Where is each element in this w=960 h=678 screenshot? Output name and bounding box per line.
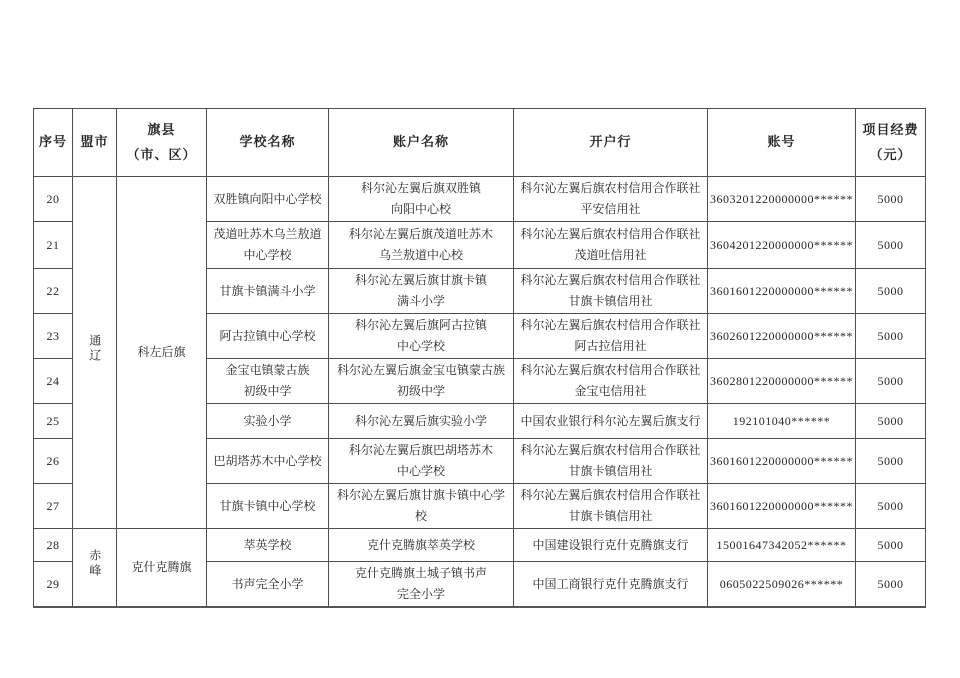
banner-county-cell-text: 科左后旗 bbox=[137, 345, 185, 359]
account-name-cell-text: 科尔沁左翼后旗甘旗卡镇中心学 校 bbox=[337, 488, 505, 523]
seq-cell: 26 bbox=[34, 439, 73, 484]
funds-cell: 5000 bbox=[856, 404, 926, 439]
seq-cell: 27 bbox=[34, 484, 73, 529]
account-number-cell-text: 3601601220000000****** bbox=[710, 454, 853, 468]
bank-cell: 科尔沁左翼后旗农村信用合作联社 甘旗卡镇信用社 bbox=[514, 269, 708, 314]
bank-cell: 中国建设银行克什克腾旗支行 bbox=[514, 529, 708, 562]
col-header-funds: 项目经费 （元） bbox=[856, 109, 926, 177]
bank-cell: 科尔沁左翼后旗农村信用合作联社 甘旗卡镇信用社 bbox=[514, 484, 708, 529]
seq-cell: 25 bbox=[34, 404, 73, 439]
document-page: 序号 盟市 旗县 （市、区） 学校名称 账户名称 开户行 账号 项目经费 （元）… bbox=[0, 0, 960, 678]
school-name-cell: 甘旗卡镇中心学校 bbox=[207, 484, 329, 529]
funds-cell-text: 5000 bbox=[878, 577, 904, 591]
funds-cell: 5000 bbox=[856, 269, 926, 314]
account-name-cell-text: 科尔沁左翼后旗实验小学 bbox=[355, 414, 487, 428]
funds-cell-text: 5000 bbox=[878, 238, 904, 252]
funds-cell-text: 5000 bbox=[878, 414, 904, 428]
funds-cell-text: 5000 bbox=[878, 329, 904, 343]
school-name-cell-text: 甘旗卡镇满斗小学 bbox=[219, 284, 315, 298]
school-name-cell: 茂道吐苏木乌兰敖道 中心学校 bbox=[207, 222, 329, 269]
account-number-cell-text: 3602601220000000****** bbox=[710, 329, 853, 343]
bank-cell-text: 科尔沁左翼后旗农村信用合作联社 甘旗卡镇信用社 bbox=[520, 488, 700, 523]
league-city-cell: 赤峰 bbox=[73, 529, 117, 608]
seq-cell: 29 bbox=[34, 562, 73, 608]
school-name-cell: 巴胡塔苏木中心学校 bbox=[207, 439, 329, 484]
seq-cell: 24 bbox=[34, 359, 73, 404]
col-header-county: 旗县 （市、区） bbox=[117, 109, 207, 177]
account-name-cell: 科尔沁左翼后旗实验小学 bbox=[329, 404, 514, 439]
seq-cell-text: 20 bbox=[47, 192, 60, 206]
school-name-cell: 阿古拉镇中心学校 bbox=[207, 314, 329, 359]
bank-cell-text: 中国工商银行克什克腾旗支行 bbox=[532, 577, 688, 591]
seq-cell: 22 bbox=[34, 269, 73, 314]
account-number-cell: 3601601220000000****** bbox=[708, 439, 856, 484]
school-name-cell-text: 书声完全小学 bbox=[231, 577, 303, 591]
account-name-cell: 克什克腾旗土城子镇书声 完全小学 bbox=[329, 562, 514, 608]
seq-cell-text: 25 bbox=[47, 414, 60, 428]
school-name-cell-text: 双胜镇向阳中心学校 bbox=[213, 192, 321, 206]
bank-cell-text: 科尔沁左翼后旗农村信用合作联社 平安信用社 bbox=[520, 181, 700, 216]
funds-cell: 5000 bbox=[856, 177, 926, 222]
account-number-cell: 3602801220000000****** bbox=[708, 359, 856, 404]
school-name-cell: 双胜镇向阳中心学校 bbox=[207, 177, 329, 222]
funds-cell-text: 5000 bbox=[878, 374, 904, 388]
col-header-account-name: 账户名称 bbox=[329, 109, 514, 177]
account-name-cell: 科尔沁左翼后旗金宝屯镇蒙古族 初级中学 bbox=[329, 359, 514, 404]
bank-cell-text: 科尔沁左翼后旗农村信用合作联社 阿古拉信用社 bbox=[520, 318, 700, 353]
account-number-cell: 3601601220000000****** bbox=[708, 484, 856, 529]
col-header-account-no: 账号 bbox=[708, 109, 856, 177]
bank-cell: 中国工商银行克什克腾旗支行 bbox=[514, 562, 708, 608]
table-row: 20通辽科左后旗双胜镇向阳中心学校科尔沁左翼后旗双胜镇 向阳中心校科尔沁左翼后旗… bbox=[34, 177, 926, 222]
account-number-cell: 15001647342052****** bbox=[708, 529, 856, 562]
account-name-cell: 科尔沁左翼后旗双胜镇 向阳中心校 bbox=[329, 177, 514, 222]
account-name-cell: 科尔沁左翼后旗巴胡塔苏木 中心学校 bbox=[329, 439, 514, 484]
funds-cell: 5000 bbox=[856, 562, 926, 608]
bank-cell: 中国农业银行科尔沁左翼后旗支行 bbox=[514, 404, 708, 439]
funds-cell-text: 5000 bbox=[878, 192, 904, 206]
account-number-cell-text: 3602801220000000****** bbox=[710, 374, 853, 388]
school-name-cell-text: 茂道吐苏木乌兰敖道 中心学校 bbox=[213, 227, 321, 262]
seq-cell-text: 22 bbox=[47, 284, 60, 298]
account-name-cell-text: 科尔沁左翼后旗阿古拉镇 中心学校 bbox=[355, 318, 487, 353]
account-name-cell-text: 科尔沁左翼后旗茂道吐苏木 乌兰敖道中心校 bbox=[349, 227, 493, 262]
account-number-cell: 3602601220000000****** bbox=[708, 314, 856, 359]
banner-county-cell: 克什克腾旗 bbox=[117, 529, 207, 608]
league-city-cell-text: 赤峰 bbox=[87, 549, 101, 579]
account-number-cell-text: 3601601220000000****** bbox=[710, 284, 853, 298]
funds-cell: 5000 bbox=[856, 439, 926, 484]
bank-cell: 科尔沁左翼后旗农村信用合作联社 阿古拉信用社 bbox=[514, 314, 708, 359]
school-name-cell: 甘旗卡镇满斗小学 bbox=[207, 269, 329, 314]
seq-cell-text: 28 bbox=[47, 538, 60, 552]
school-name-cell: 金宝屯镇蒙古族 初级中学 bbox=[207, 359, 329, 404]
account-number-cell: 3601601220000000****** bbox=[708, 269, 856, 314]
seq-cell-text: 29 bbox=[47, 577, 60, 591]
seq-cell-text: 21 bbox=[47, 238, 60, 252]
account-name-cell: 科尔沁左翼后旗茂道吐苏木 乌兰敖道中心校 bbox=[329, 222, 514, 269]
school-name-cell-text: 实验小学 bbox=[243, 414, 291, 428]
bank-cell-text: 科尔沁左翼后旗农村信用合作联社 茂道吐信用社 bbox=[520, 227, 700, 262]
funding-table: 序号 盟市 旗县 （市、区） 学校名称 账户名称 开户行 账号 项目经费 （元）… bbox=[33, 108, 926, 608]
header-row: 序号 盟市 旗县 （市、区） 学校名称 账户名称 开户行 账号 项目经费 （元） bbox=[34, 109, 926, 177]
bank-cell: 科尔沁左翼后旗农村信用合作联社 金宝屯信用社 bbox=[514, 359, 708, 404]
account-number-cell-text: 3604201220000000****** bbox=[710, 238, 853, 252]
banner-county-cell-text: 克什克腾旗 bbox=[131, 560, 191, 574]
table-row: 28赤峰克什克腾旗萃英学校克什克腾旗萃英学校中国建设银行克什克腾旗支行15001… bbox=[34, 529, 926, 562]
seq-cell-text: 24 bbox=[47, 374, 60, 388]
banner-county-cell: 科左后旗 bbox=[117, 177, 207, 529]
school-name-cell: 实验小学 bbox=[207, 404, 329, 439]
account-number-cell-text: 192101040****** bbox=[733, 414, 831, 428]
bank-cell: 科尔沁左翼后旗农村信用合作联社 甘旗卡镇信用社 bbox=[514, 439, 708, 484]
seq-cell-text: 23 bbox=[47, 329, 60, 343]
seq-cell-text: 26 bbox=[47, 454, 60, 468]
account-name-cell-text: 科尔沁左翼后旗双胜镇 向阳中心校 bbox=[361, 181, 481, 216]
bank-cell-text: 科尔沁左翼后旗农村信用合作联社 甘旗卡镇信用社 bbox=[520, 273, 700, 308]
account-number-cell: 0605022509026****** bbox=[708, 562, 856, 608]
school-name-cell: 萃英学校 bbox=[207, 529, 329, 562]
school-name-cell-text: 甘旗卡镇中心学校 bbox=[219, 499, 315, 513]
bank-cell-text: 科尔沁左翼后旗农村信用合作联社 甘旗卡镇信用社 bbox=[520, 443, 700, 478]
school-name-cell-text: 萃英学校 bbox=[243, 538, 291, 552]
account-number-cell: 3603201220000000****** bbox=[708, 177, 856, 222]
funds-cell: 5000 bbox=[856, 529, 926, 562]
league-city-cell: 通辽 bbox=[73, 177, 117, 529]
col-header-seq: 序号 bbox=[34, 109, 73, 177]
account-name-cell-text: 科尔沁左翼后旗巴胡塔苏木 中心学校 bbox=[349, 443, 493, 478]
account-name-cell-text: 克什克腾旗土城子镇书声 完全小学 bbox=[355, 566, 487, 601]
bank-cell-text: 中国农业银行科尔沁左翼后旗支行 bbox=[520, 414, 700, 428]
account-name-cell: 科尔沁左翼后旗甘旗卡镇 满斗小学 bbox=[329, 269, 514, 314]
school-name-cell-text: 金宝屯镇蒙古族 初级中学 bbox=[225, 363, 309, 398]
league-city-cell-text: 通辽 bbox=[87, 334, 101, 364]
account-name-cell: 克什克腾旗萃英学校 bbox=[329, 529, 514, 562]
account-name-cell-text: 科尔沁左翼后旗金宝屯镇蒙古族 初级中学 bbox=[337, 363, 505, 398]
school-name-cell-text: 巴胡塔苏木中心学校 bbox=[213, 454, 321, 468]
account-number-cell-text: 3603201220000000****** bbox=[710, 192, 853, 206]
bank-cell-text: 科尔沁左翼后旗农村信用合作联社 金宝屯信用社 bbox=[520, 363, 700, 398]
account-name-cell-text: 科尔沁左翼后旗甘旗卡镇 满斗小学 bbox=[355, 273, 487, 308]
col-header-league: 盟市 bbox=[73, 109, 117, 177]
account-number-cell-text: 3601601220000000****** bbox=[710, 499, 853, 513]
col-header-school: 学校名称 bbox=[207, 109, 329, 177]
school-name-cell-text: 阿古拉镇中心学校 bbox=[219, 329, 315, 343]
account-name-cell: 科尔沁左翼后旗甘旗卡镇中心学 校 bbox=[329, 484, 514, 529]
funds-cell-text: 5000 bbox=[878, 499, 904, 513]
seq-cell-text: 27 bbox=[47, 499, 60, 513]
seq-cell: 28 bbox=[34, 529, 73, 562]
seq-cell: 23 bbox=[34, 314, 73, 359]
funds-cell: 5000 bbox=[856, 359, 926, 404]
seq-cell: 20 bbox=[34, 177, 73, 222]
account-number-cell-text: 0605022509026****** bbox=[720, 577, 844, 591]
col-header-bank: 开户行 bbox=[514, 109, 708, 177]
funds-cell: 5000 bbox=[856, 484, 926, 529]
account-number-cell: 3604201220000000****** bbox=[708, 222, 856, 269]
funds-cell-text: 5000 bbox=[878, 454, 904, 468]
funds-cell: 5000 bbox=[856, 314, 926, 359]
account-name-cell-text: 克什克腾旗萃英学校 bbox=[367, 538, 475, 552]
account-number-cell: 192101040****** bbox=[708, 404, 856, 439]
funds-cell-text: 5000 bbox=[878, 538, 904, 552]
bank-cell: 科尔沁左翼后旗农村信用合作联社 茂道吐信用社 bbox=[514, 222, 708, 269]
seq-cell: 21 bbox=[34, 222, 73, 269]
funds-cell: 5000 bbox=[856, 222, 926, 269]
account-name-cell: 科尔沁左翼后旗阿古拉镇 中心学校 bbox=[329, 314, 514, 359]
account-number-cell-text: 15001647342052****** bbox=[717, 538, 847, 552]
funds-cell-text: 5000 bbox=[878, 284, 904, 298]
bank-cell: 科尔沁左翼后旗农村信用合作联社 平安信用社 bbox=[514, 177, 708, 222]
bank-cell-text: 中国建设银行克什克腾旗支行 bbox=[532, 538, 688, 552]
school-name-cell: 书声完全小学 bbox=[207, 562, 329, 608]
